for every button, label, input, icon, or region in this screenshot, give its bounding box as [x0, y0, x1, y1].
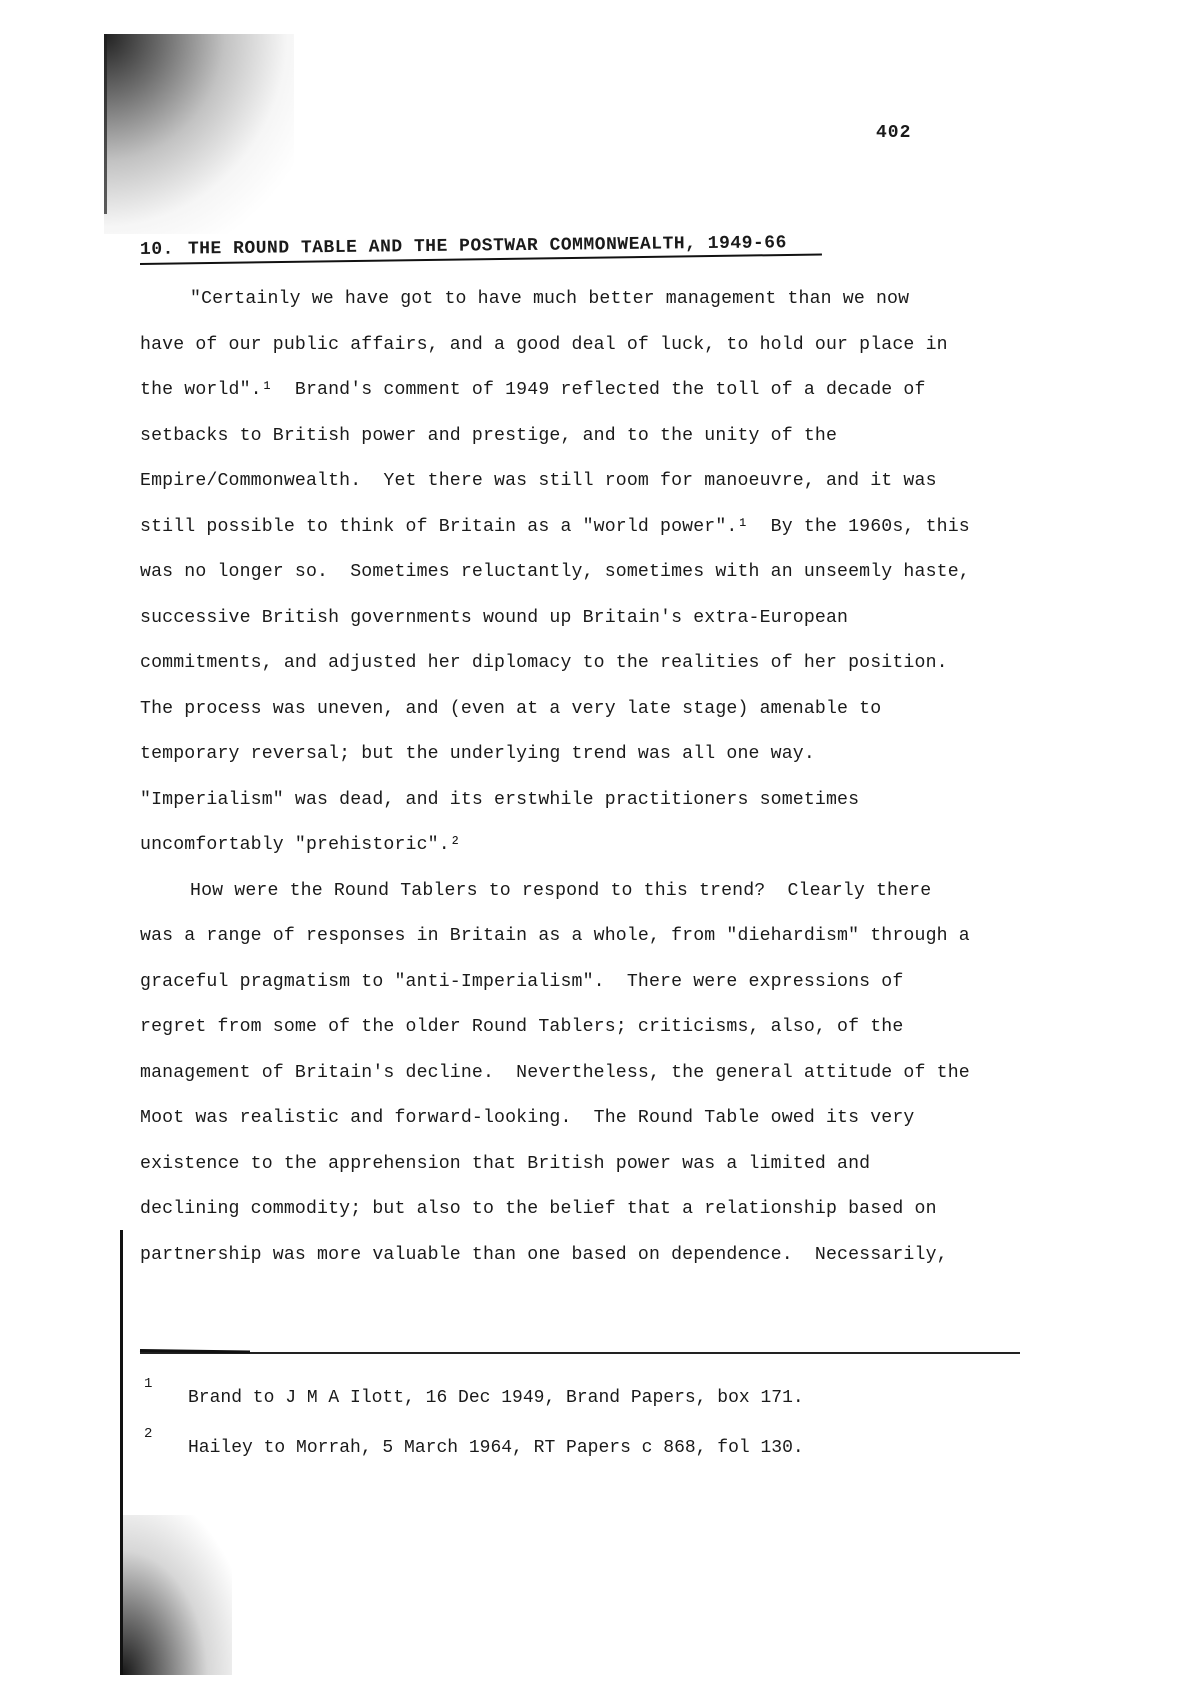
text-line: temporary reversal; but the underlying t… — [140, 743, 1040, 789]
footnote-item: 1 Brand to J M A Ilott, 16 Dec 1949, Bra… — [140, 1384, 1020, 1434]
scan-shadow-bottom — [122, 1515, 232, 1675]
footnote-item: 2 Hailey to Morrah, 5 March 1964, RT Pap… — [140, 1434, 1020, 1484]
text-line: partnership was more valuable than one b… — [140, 1244, 1040, 1290]
footnote-divider — [140, 1352, 1020, 1354]
text-line: the world".¹ Brand's comment of 1949 ref… — [140, 379, 1040, 425]
text-line: Moot was realistic and forward-looking. … — [140, 1107, 1040, 1153]
text-line: declining commodity; but also to the bel… — [140, 1198, 1040, 1244]
text-line: The process was uneven, and (even at a v… — [140, 698, 1040, 744]
text-line: setbacks to British power and prestige, … — [140, 425, 1040, 471]
text-line: regret from some of the older Round Tabl… — [140, 1016, 1040, 1062]
footnote-text: Hailey to Morrah, 5 March 1964, RT Paper… — [188, 1438, 804, 1458]
text-line: "Certainly we have got to have much bett… — [140, 288, 1040, 334]
text-line: graceful pragmatism to "anti-Imperialism… — [140, 971, 1040, 1017]
footnote-marker: 2 — [144, 1426, 152, 1442]
footnote-text: Brand to J M A Ilott, 16 Dec 1949, Brand… — [188, 1388, 804, 1408]
footnotes: 1 Brand to J M A Ilott, 16 Dec 1949, Bra… — [140, 1384, 1020, 1484]
text-line: "Imperialism" was dead, and its erstwhil… — [140, 789, 1040, 835]
text-line: management of Britain's decline. Neverth… — [140, 1062, 1040, 1108]
scan-edge-left — [120, 1230, 123, 1675]
scanned-page: 402 10.THE ROUND TABLE AND THE POSTWAR C… — [0, 0, 1200, 1698]
body-text: "Certainly we have got to have much bett… — [140, 288, 1040, 1289]
scan-edge-top — [104, 34, 107, 214]
text-line: How were the Round Tablers to respond to… — [140, 880, 1040, 926]
text-line: uncomfortably "prehistoric".² — [140, 834, 1040, 880]
text-line: was a range of responses in Britain as a… — [140, 925, 1040, 971]
text-line: commitments, and adjusted her diplomacy … — [140, 652, 1040, 698]
text-line: was no longer so. Sometimes reluctantly,… — [140, 561, 1040, 607]
text-line: still possible to think of Britain as a … — [140, 516, 1040, 562]
text-line: have of our public affairs, and a good d… — [140, 334, 1040, 380]
footnote-marker: 1 — [144, 1376, 152, 1392]
text-line: existence to the apprehension that Briti… — [140, 1153, 1040, 1199]
text-line: Empire/Commonwealth. Yet there was still… — [140, 470, 1040, 516]
page-number: 402 — [876, 123, 911, 143]
chapter-number: 10. — [140, 240, 174, 260]
text-line: successive British governments wound up … — [140, 607, 1040, 653]
scan-shadow-top — [104, 34, 294, 234]
